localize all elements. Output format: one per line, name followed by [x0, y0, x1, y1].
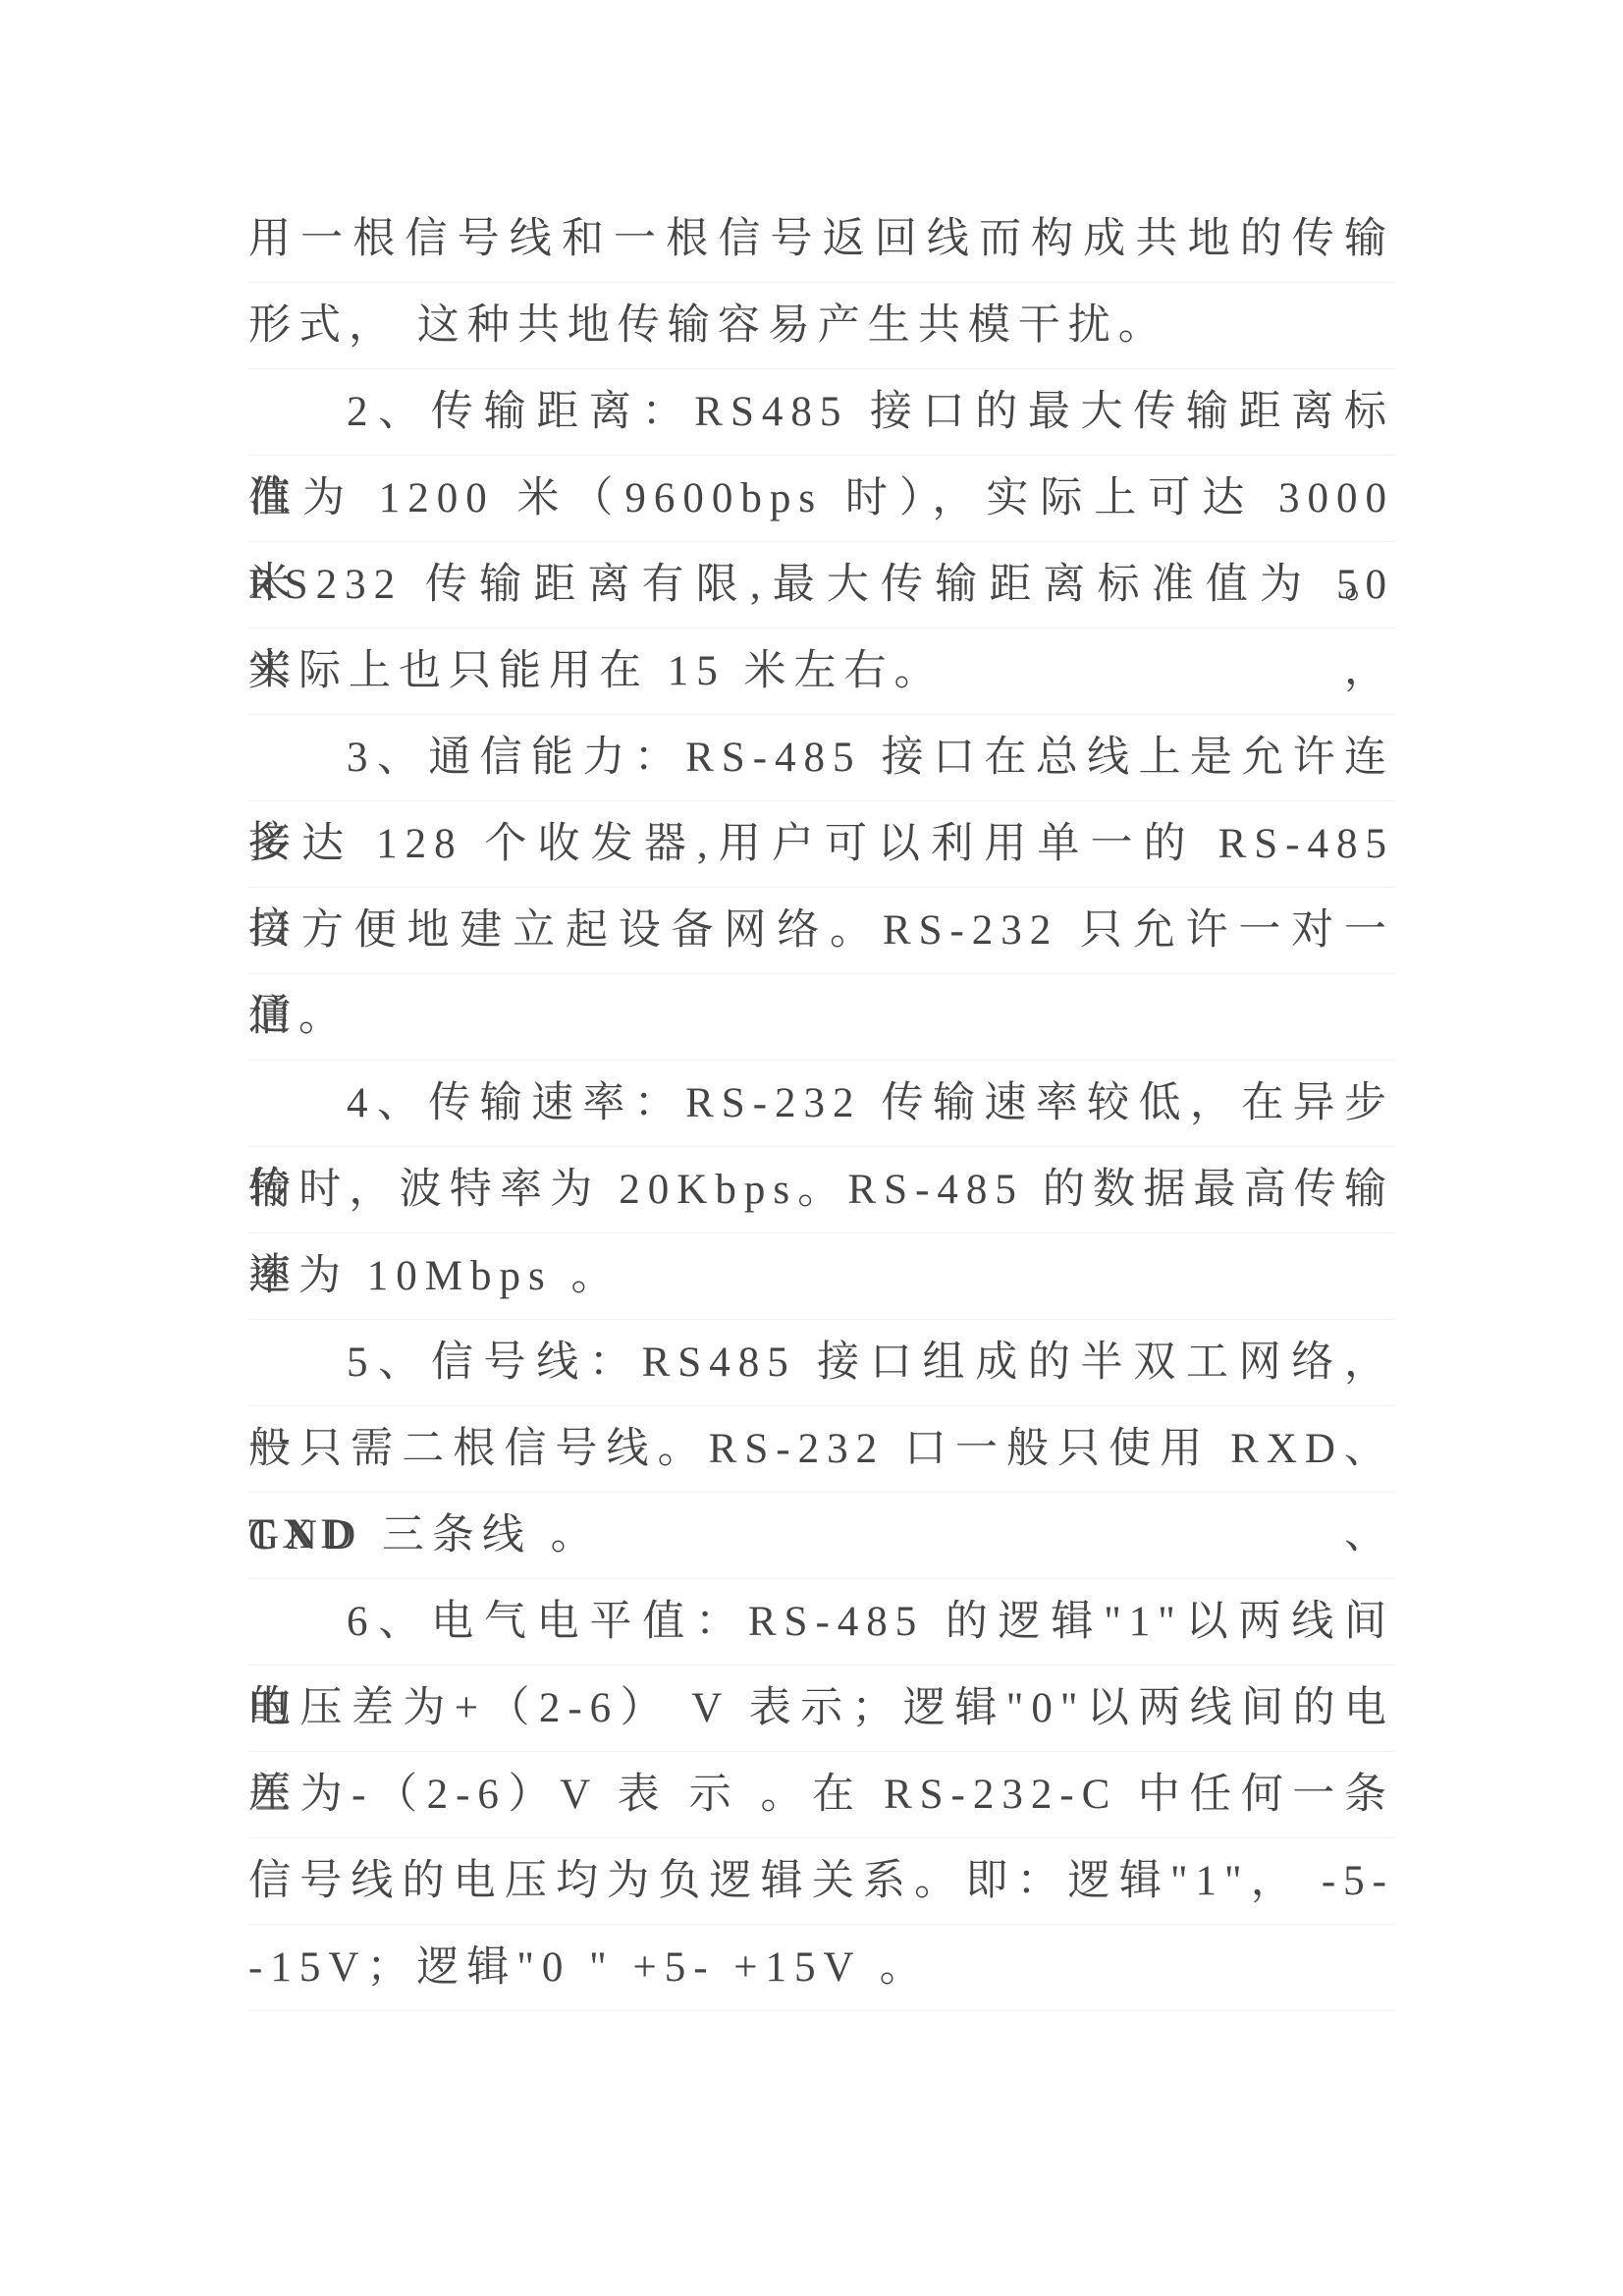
text-line: 差为-（2-6）V 表 示 。在 RS-232-C 中任何一条: [248, 1752, 1394, 1838]
text-line: 值为 1200 米（9600bps 时），实际上可达 3000 米。: [248, 456, 1394, 542]
text-line: 多达 128 个收发器,用户可以利用单一的 RS-485 接: [248, 801, 1394, 888]
text-line: 信号线的电压均为负逻辑关系。即：逻辑"1"， -5-: [248, 1838, 1394, 1925]
text-line: 用一根信号线和一根信号返回线而构成共地的传输: [248, 196, 1394, 283]
text-line: 般只需二根信号线。RS-232 口一般只使用 RXD、TXD、: [248, 1406, 1394, 1493]
text-line: 形式， 这种共地传输容易产生共模干扰。: [248, 283, 1394, 369]
text-line: 率为 10Mbps 。: [248, 1233, 1394, 1320]
text-line: 电压差为+（2-6） V 表示；逻辑"0"以两线间的电压: [248, 1666, 1394, 1752]
text-line: 3、通信能力：RS-485 接口在总线上是允许连接: [248, 715, 1394, 801]
text-block: 用一根信号线和一根信号返回线而构成共地的传输形式， 这种共地传输容易产生共模干扰…: [248, 196, 1394, 2011]
text-line: -15V；逻辑"0 " +5- +15V 。: [248, 1925, 1394, 2011]
text-line: 5、信号线：RS485 接口组成的半双工网络，一: [248, 1320, 1394, 1406]
text-line: 4、传输速率：RS-232 传输速率较低，在异步传: [248, 1061, 1394, 1147]
text-line: 信。: [248, 974, 1394, 1061]
text-line: 6、电气电平值：RS-485 的逻辑"1"以两线间的: [248, 1579, 1394, 1666]
text-line: RS232 传输距离有限,最大传输距离标准值为 50 米，: [248, 542, 1394, 629]
text-line: 输时，波特率为 20Kbps。RS-485 的数据最高传输速: [248, 1147, 1394, 1233]
text-line: 口方便地建立起设备网络。RS-232 只允许一对一通: [248, 888, 1394, 974]
document-page: 用一根信号线和一根信号返回线而构成共地的传输形式， 这种共地传输容易产生共模干扰…: [0, 0, 1623, 2296]
text-line: 2、传输距离：RS485 接口的最大传输距离标准: [248, 369, 1394, 456]
